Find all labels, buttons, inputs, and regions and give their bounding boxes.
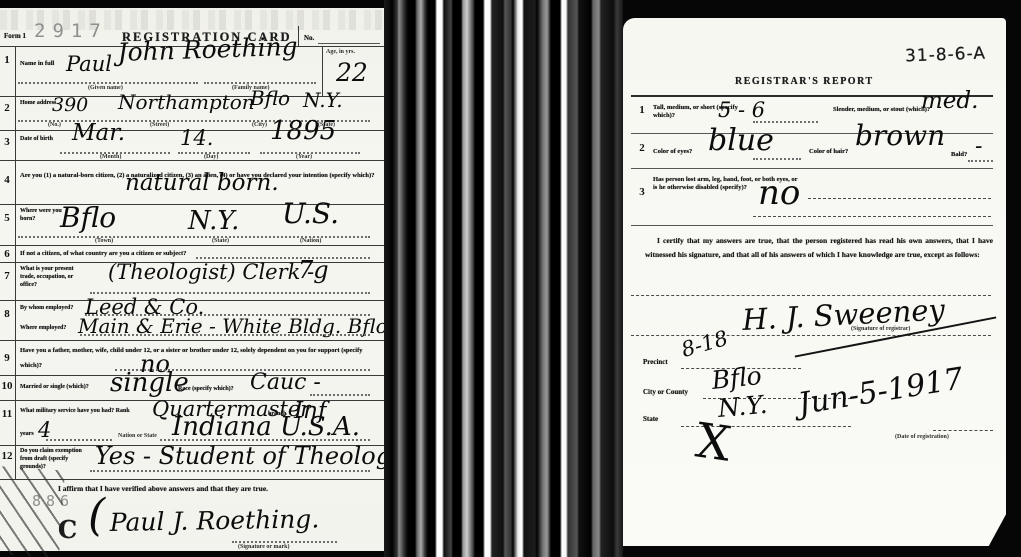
height-ink: 5 - 6 [718,100,765,121]
no-blank-line [318,43,380,44]
dotted-line [80,334,370,336]
serial-number-stamp: 2917 [34,20,108,42]
row-number: 12 [0,450,14,462]
row-number: 1 [635,104,649,116]
row-number: 6 [0,248,14,260]
name-label: Name in full [20,60,54,68]
dashed-line [933,430,993,431]
header-divider [298,26,299,46]
street-sublabel: (Street) [150,122,169,128]
date-ink: Jun-5-1917 [796,364,965,420]
build-ink: med. [921,90,978,113]
citizenship-ink: natural born. [125,172,279,195]
rule [631,225,993,226]
disabled-ink: no [758,176,800,210]
form-label: Form 1 [4,32,26,41]
signature-flourish: ( [88,494,105,538]
bald-label: Bald? [951,151,967,159]
address-state-ink: N.Y. [303,90,343,110]
dob-month-ink: Mar. [72,122,125,145]
race-label: Race (specify which)? [178,386,234,394]
rule [631,168,993,169]
row-number: 9 [0,352,14,364]
row-number: 5 [0,212,14,224]
city-label: City or County [643,388,688,397]
row-number: 1 [0,54,14,66]
dotted-line [232,541,337,543]
trade-ink: (Theologist) Clerk - [108,262,314,283]
registrars-report-card: 31-8-6-A REGISTRAR'S REPORT 1 2 3 Tall, … [623,18,1006,546]
precinct-ink: 8-18 [679,328,730,361]
eyes-ink: blue [708,126,774,156]
address-street-ink: Northampton [118,92,255,112]
card-code: 31-8-6-A [905,43,987,68]
employed-where-label: Where employed? [20,325,66,333]
city-ink: Bflo [710,363,762,393]
trade-extra-ink: 7g [298,258,329,282]
dotted-line [18,82,198,84]
exemption-ink: Yes - Student of Theology [95,444,405,468]
age-ink: 22 [336,60,368,85]
row-number: 3 [0,136,14,148]
dotted-line [90,292,370,294]
bald-ink: - [975,136,982,158]
dotted-line [90,470,370,472]
marital-label: Married or single (which)? [20,384,89,392]
row-number: 8 [0,308,14,320]
address-no-ink: 390 [52,96,88,115]
dotted-line [753,158,801,160]
employer-label: By whom employed? [20,305,73,313]
town-sublabel: (Town) [95,238,113,244]
card-title: REGISTRAR'S REPORT [735,75,874,88]
row-number: 11 [0,408,14,420]
employed-where-ink: Main & Erie - White Bldg. Bflo. [78,316,394,336]
rule [0,245,386,246]
microfilm-scan: Form 1 2917 REGISTRATION CARD No. 1 2 3 … [0,0,1021,557]
born-label: Where were you born? [20,208,62,224]
dotted-line [160,439,370,441]
nation-sublabel: (Nation) [300,238,321,244]
dob-year-ink: 1895 [270,118,336,144]
no-sublabel: (No.) [48,122,61,128]
certification-text: I certify that my answers are true, that… [645,234,993,262]
dotted-line [196,257,370,259]
name-given-ink: Paul [66,54,112,75]
signature-sublabel: (Signature or mark) [238,544,289,550]
row-number: 4 [0,174,14,186]
registrant-signature-ink: Paul J. Roething. [110,506,320,535]
state-sublabel: (State) [212,238,229,244]
dashed-line [753,216,991,217]
year-sublabel: (Year) [296,154,312,160]
trade-question: What is your present trade, occupation, … [20,266,76,289]
marital-ink: single [110,370,189,396]
alien-question: If not a citizen, of what country are yo… [20,250,186,258]
film-roll-artifact [384,0,623,557]
registrar-signature-sublabel: (Signature of registrar) [851,326,910,332]
dotted-line [204,82,316,84]
dotted-line [968,160,993,162]
military-state-ink: Indiana U.S.A. [172,414,360,440]
registration-card: Form 1 2917 REGISTRATION CARD No. 1 2 3 … [0,8,386,551]
date-sublabel: (Date of registration) [895,434,949,440]
born-town-ink: Bflo [60,204,116,232]
no-label: No. [304,34,314,43]
name-rest-ink: John Roething [117,34,298,65]
race-ink: Cauc - [250,372,321,394]
years-label: years [20,431,34,439]
number-column-rule [15,46,16,479]
age-label: Age, in yrs. [326,49,355,55]
row-number: 2 [0,102,14,114]
row-number: 2 [635,142,649,154]
military-years-ink: 4 [38,420,51,441]
dashed-line [808,198,991,199]
address-city-ink: Bflo [250,88,290,108]
dotted-line [46,439,112,441]
city-sublabel: (City) [252,122,267,128]
registrar-signature-ink: H. J. Sweeney [741,295,945,335]
military-question: What military service have you had? Rank [20,408,168,416]
state-label: State [643,415,658,424]
dotted-line [310,394,370,396]
x-mark-ink: X [693,416,734,468]
letter-c-stamp: C [58,514,77,545]
build-label: Slender, medium, or stout (which)? [833,106,933,114]
precinct-label: Precinct [643,358,668,367]
illegible-diagonal-stamp [0,466,65,557]
born-state-ink: N.Y. [188,208,239,234]
rule [0,375,386,376]
day-sublabel: (Day) [204,154,218,160]
row-number: 3 [635,186,649,198]
hair-ink: brown [855,122,945,150]
born-nation-ink: U.S. [282,200,339,228]
month-sublabel: (Month) [100,154,121,160]
nation-or-state-label: Nation or State [118,433,157,439]
rule [0,160,386,161]
row-number: 10 [0,380,14,392]
dob-day-ink: 14. [180,128,213,149]
hair-label: Color of hair? [809,148,848,156]
dob-label: Date of birth [20,136,60,144]
rule [0,340,386,341]
row-number: 7 [0,270,14,282]
eyes-label: Color of eyes? [653,148,692,156]
